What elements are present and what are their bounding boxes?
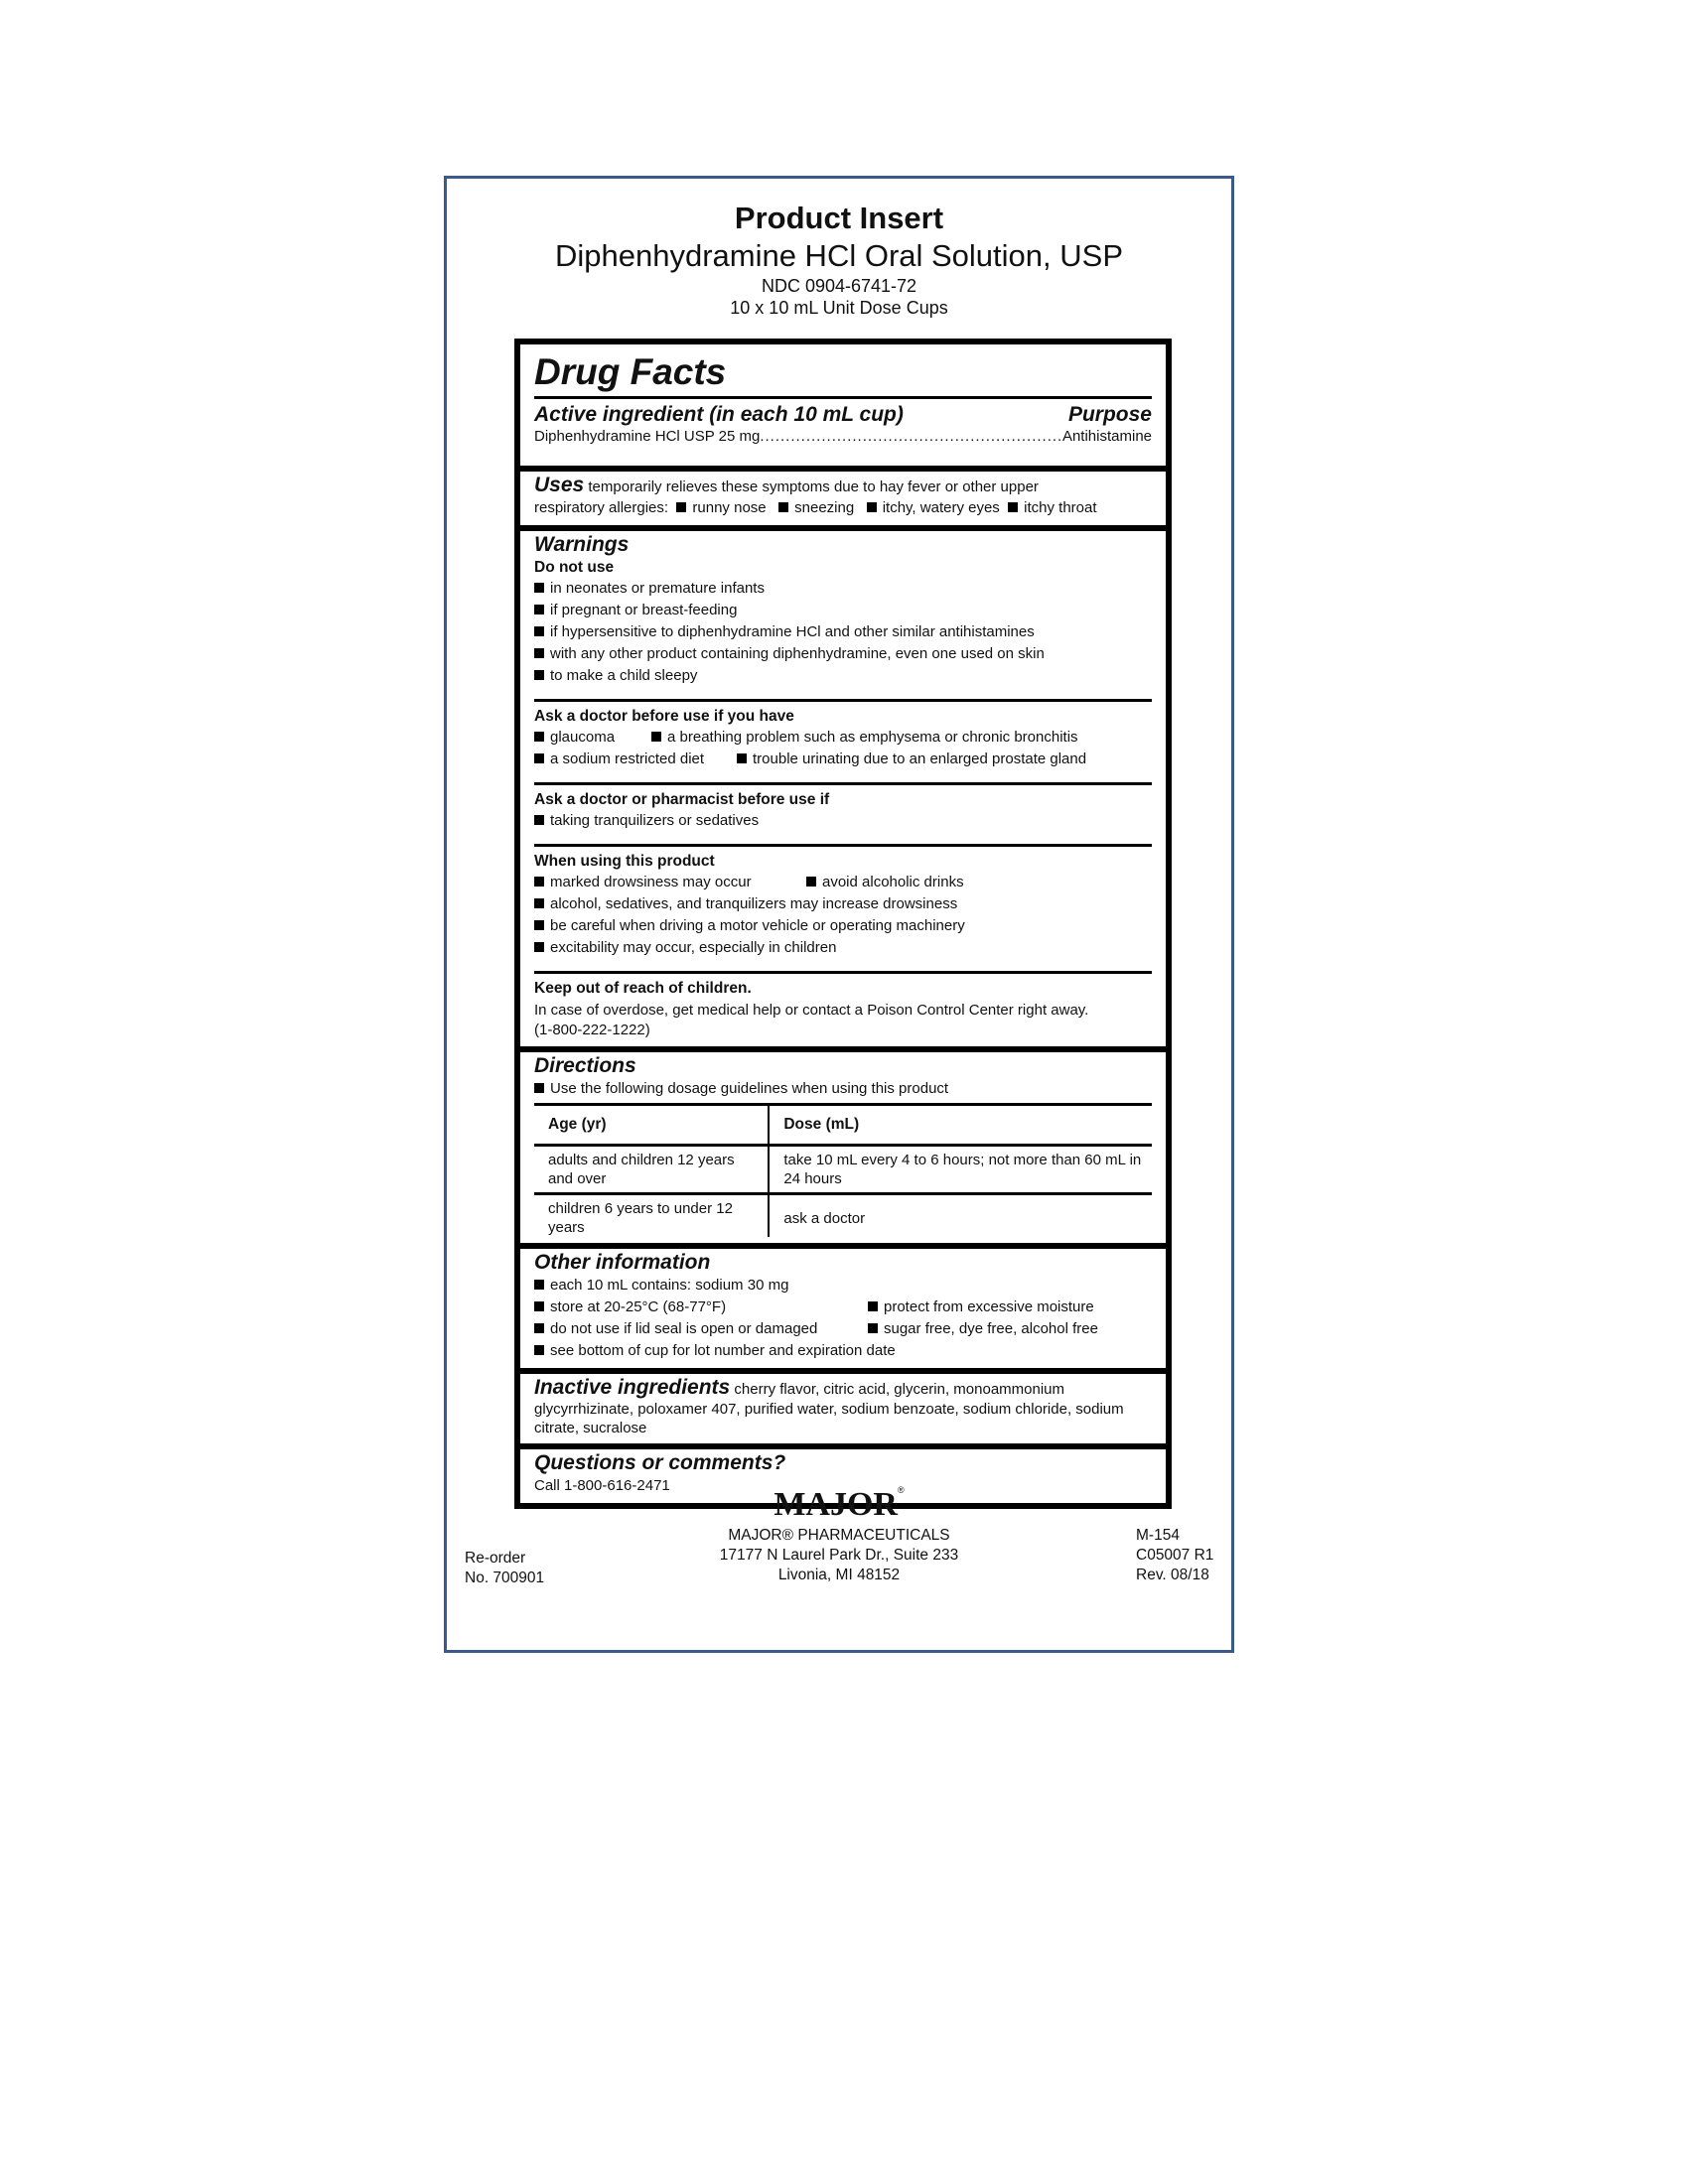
code-c05007: C05007 R1 [1136, 1546, 1213, 1566]
use-item: itchy, watery eyes [883, 499, 1000, 516]
list-item: in neonates or premature infants [534, 578, 1152, 600]
ask-pharmacist-heading: Ask a doctor or pharmacist before use if [534, 789, 1152, 810]
list-item: see bottom of cup for lot number and exp… [534, 1340, 1152, 1362]
uses-heading: Uses [534, 474, 584, 496]
divider [534, 782, 1152, 785]
column-header-age: Age (yr) [534, 1105, 769, 1146]
major-logo: MAJOR® [447, 1485, 1231, 1524]
age-cell: adults and children 12 years and over [534, 1146, 769, 1194]
product-insert-frame: Product Insert Diphenhydramine HCl Oral … [444, 176, 1234, 1653]
use-item: sneezing [794, 499, 854, 516]
use-item: itchy throat [1024, 499, 1096, 516]
when-using-heading: When using this product [534, 851, 1152, 872]
active-ingredient-name: Diphenhydramine HCl USP 25 mg [534, 427, 760, 446]
overdose-text: In case of overdose, get medical help or… [534, 1001, 1152, 1021]
directions-section: Directions Use the following dosage guid… [520, 1052, 1166, 1243]
other-information-heading: Other information [534, 1251, 1152, 1275]
list-item: if hypersensitive to diphenhydramine HCl… [534, 621, 1152, 643]
active-ingredient-purpose: Antihistamine [1062, 427, 1152, 446]
age-cell: children 6 years to under 12 years [534, 1194, 769, 1238]
document-codes: M-154 C05007 R1 Rev. 08/18 [1136, 1526, 1213, 1585]
ask-doctor-heading: Ask a doctor before use if you have [534, 706, 1152, 727]
list-item: alcohol, sedatives, and tranquilizers ma… [534, 893, 1152, 915]
list-item: do not use if lid seal is open or damage… [534, 1318, 1152, 1340]
list-item: to make a child sleepy [534, 665, 1152, 687]
divider [534, 396, 1152, 399]
list-item: be careful when driving a motor vehicle … [534, 915, 1152, 937]
uses-text: temporarily relieves these symptoms due … [588, 478, 1039, 495]
company-name: MAJOR® PHARMACEUTICALS [447, 1526, 1231, 1546]
divider [534, 844, 1152, 847]
divider [534, 971, 1152, 974]
uses-text-2: respiratory allergies: [534, 499, 668, 516]
inactive-ingredients-section: Inactive ingredients cherry flavor, citr… [520, 1374, 1166, 1443]
directions-intro: Use the following dosage guidelines when… [534, 1078, 1152, 1100]
active-ingredient-section: Drug Facts Active ingredient (in each 10… [520, 344, 1166, 466]
table-row: adults and children 12 years and over ta… [534, 1146, 1152, 1194]
list-item: store at 20-25°C (68-77°F) protect from … [534, 1297, 1152, 1318]
reorder-label: Re-order [465, 1549, 544, 1569]
active-ingredient-heading: Active ingredient (in each 10 mL cup) [534, 403, 904, 427]
uses-section: Uses temporarily relieves these symptoms… [520, 472, 1166, 525]
manufacturer-info: MAJOR® PHARMACEUTICALS 17177 N Laurel Pa… [447, 1526, 1231, 1585]
list-item: glaucoma a breathing problem such as emp… [534, 727, 1152, 749]
do-not-use-heading: Do not use [534, 557, 1152, 578]
poison-control-phone: (1-800-222-1222) [534, 1021, 1152, 1040]
drug-facts-title: Drug Facts [534, 346, 1152, 394]
warnings-heading: Warnings [534, 533, 1152, 557]
ndc-code: NDC 0904-6741-72 [447, 276, 1231, 297]
dose-cell: ask a doctor [769, 1194, 1152, 1238]
revision-date: Rev. 08/18 [1136, 1566, 1213, 1585]
other-information-section: Other information each 10 mL contains: s… [520, 1249, 1166, 1368]
directions-heading: Directions [534, 1054, 1152, 1078]
list-item: with any other product containing diphen… [534, 643, 1152, 665]
dose-cell: take 10 mL every 4 to 6 hours; not more … [769, 1146, 1152, 1194]
package-description: 10 x 10 mL Unit Dose Cups [447, 298, 1231, 319]
warnings-section: Warnings Do not use in neonates or prema… [520, 531, 1166, 1046]
list-item: a sodium restricted diet trouble urinati… [534, 749, 1152, 770]
dot-leader [760, 427, 1062, 446]
use-item: runny nose [692, 499, 766, 516]
list-item: taking tranquilizers or sedatives [534, 810, 1152, 832]
list-item: if pregnant or breast-feeding [534, 600, 1152, 621]
active-ingredient-row: Diphenhydramine HCl USP 25 mg Antihistam… [534, 427, 1152, 446]
address-line-2: Livonia, MI 48152 [447, 1566, 1231, 1585]
column-header-dose: Dose (mL) [769, 1105, 1152, 1146]
purpose-heading: Purpose [1068, 403, 1152, 427]
list-item: excitability may occur, especially in ch… [534, 937, 1152, 959]
drug-facts-panel: Drug Facts Active ingredient (in each 10… [514, 339, 1172, 1509]
keep-out-heading: Keep out of reach of children. [534, 978, 1152, 999]
list-item: marked drowsiness may occur avoid alcoho… [534, 872, 1152, 893]
divider [534, 699, 1152, 702]
reorder-info: Re-order No. 700901 [465, 1549, 544, 1588]
dosage-table: Age (yr) Dose (mL) adults and children 1… [534, 1103, 1152, 1237]
reorder-number: No. 700901 [465, 1569, 544, 1588]
list-item: each 10 mL contains: sodium 30 mg [534, 1275, 1152, 1297]
table-header-row: Age (yr) Dose (mL) [534, 1105, 1152, 1146]
insert-title: Product Insert [447, 201, 1231, 236]
code-m154: M-154 [1136, 1526, 1213, 1546]
product-name: Diphenhydramine HCl Oral Solution, USP [447, 238, 1231, 274]
address-line-1: 17177 N Laurel Park Dr., Suite 233 [447, 1546, 1231, 1566]
table-row: children 6 years to under 12 years ask a… [534, 1194, 1152, 1238]
inactive-ingredients-heading: Inactive ingredients [534, 1376, 730, 1399]
questions-heading: Questions or comments? [534, 1451, 1152, 1475]
